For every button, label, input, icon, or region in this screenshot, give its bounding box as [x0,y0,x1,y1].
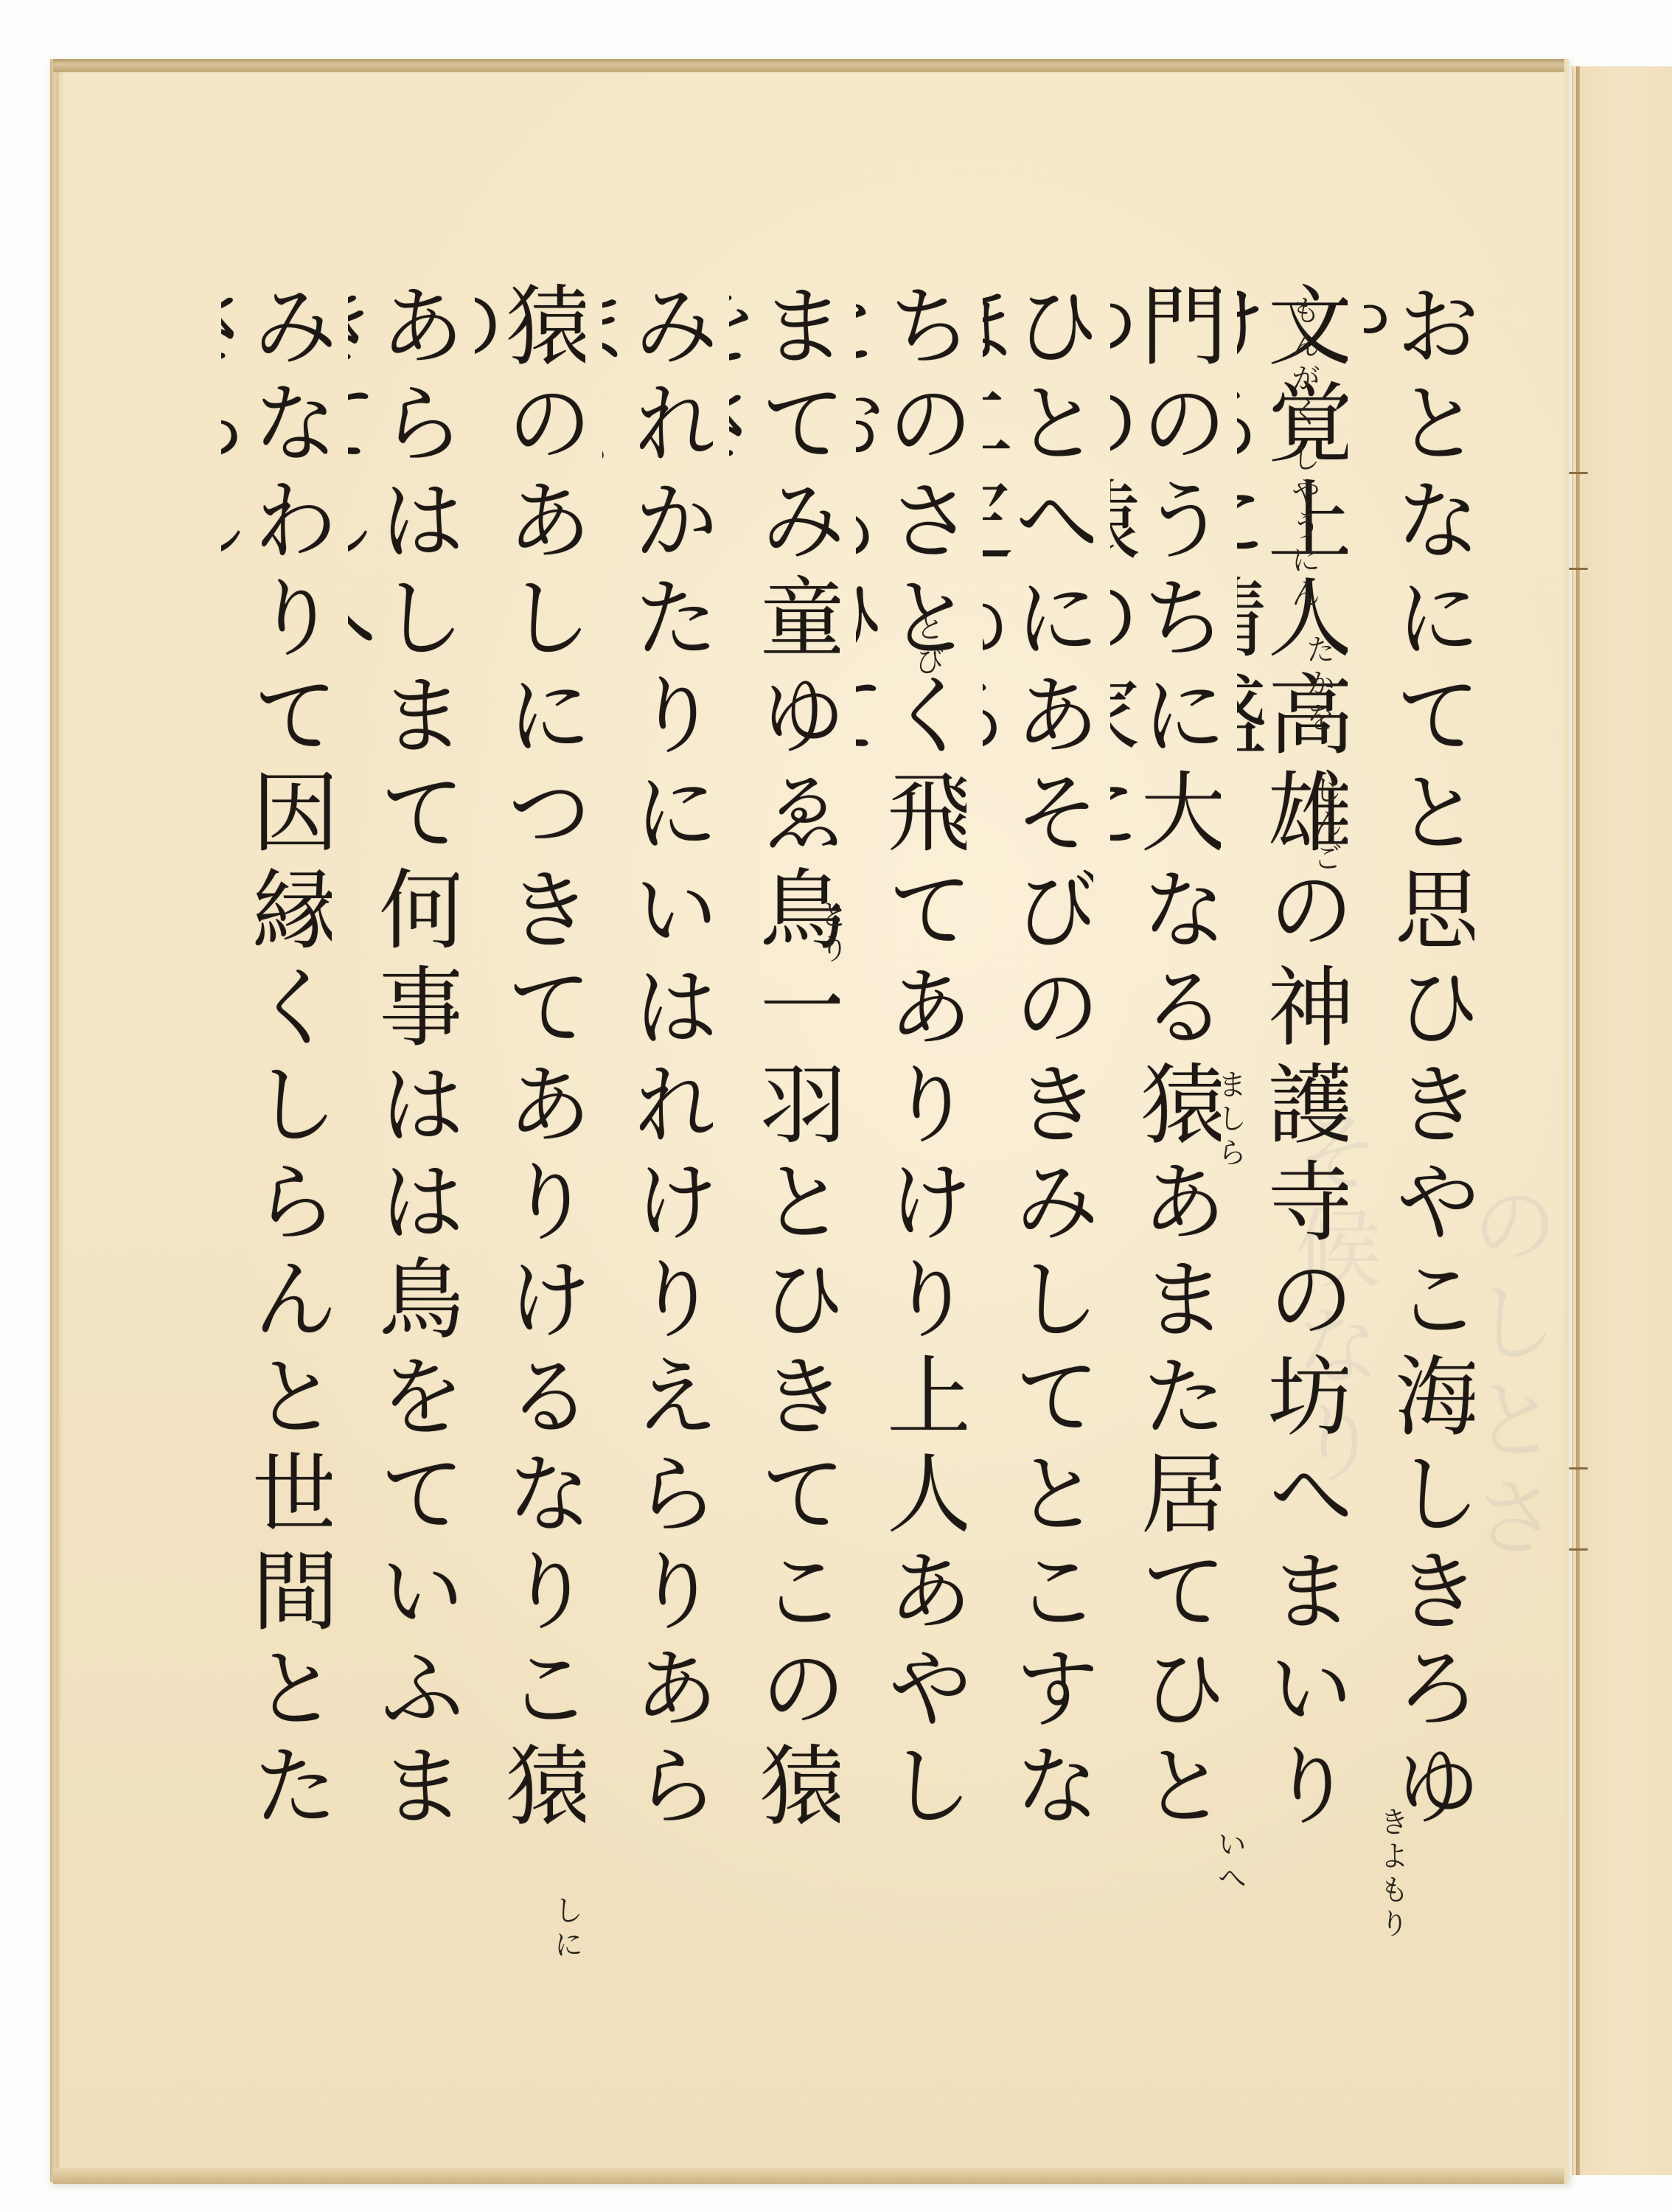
binding-gutter [1576,66,1580,2175]
facing-page-sliver [1572,66,1672,2175]
column-text: 猿のあしにつきてありけるなりこ猿の [475,280,585,1873]
furigana-gloss: ましら [1209,1069,1251,1171]
text-column-7: みれかたりにいはれけりえらりあらまく [602,280,713,1873]
column-text: まてみ童ゆゑ鳥一羽とひきてこの猿をさ [729,280,840,1873]
text-column-1: おとなにてと思ひきやこ海しきろゆや [1364,280,1474,1873]
column-text: ちのさとく飛てありけり上人あやしとおもひて [856,280,966,1873]
text-column-10: みなわりて因縁くしらんと世間とたさらし [221,280,332,1873]
furigana-gloss: いへ [1209,1829,1251,1896]
binding-stitch [1569,1467,1588,1470]
text-column-6: まてみ童ゆゑ鳥一羽とひきてこの猿をさ [729,280,840,1873]
text-column-8: 猿のあしにつきてありけるなりこ猿の [475,280,585,1873]
binding-stitch [1569,472,1588,474]
book-bottom-edge [53,2168,1564,2184]
binding-stitch [1569,568,1588,570]
furigana-gloss: とび [907,612,949,680]
column-text: ひとへにあそびのきみしてとこすなほ二疋ゐる [983,280,1093,1873]
text-column-4: ひとへにあそびのきみしてとこすなほ二疋ゐる [983,280,1093,1873]
furigana-gloss: しやうにん [1283,442,1325,612]
furigana-gloss: とり [811,900,853,967]
furigana-gloss: しに [546,1895,588,1963]
binding-stitch [1569,1548,1588,1551]
furigana-gloss: きよもり [1371,1806,1413,1942]
column-text: みれかたりにいはれけりえらりあらまく [602,280,713,1873]
furigana-gloss: じんご [1305,774,1347,876]
column-text: みなわりて因縁くしらんと世間とたさらし [221,280,332,1873]
manuscript-scene: そ候なり のしとさ おとなにてと思ひきやこ海しきろゆや 文覚上人高雄の神護寺の坊… [0,0,1672,2212]
furigana-gloss: たかを [1297,634,1340,736]
text-column-9: あらはしまて何事はは鳥をていふまきてしへ [348,280,459,1873]
column-text: おとなにてと思ひきやこ海しきろゆや [1364,280,1474,1873]
text-column-5: ちのさとく飛てありけり上人あやしとおもひて [856,280,966,1873]
column-text: 門のうちに大なる猿あまた居てひとつの猿の家に [1110,280,1221,1873]
column-text: あらはしまて何事はは鳥をていふまきてしへ [348,280,459,1873]
furigana-gloss: もんがく [1283,295,1325,431]
text-column-3: 門のうちに大なる猿あまた居てひとつの猿の家に [1110,280,1221,1873]
